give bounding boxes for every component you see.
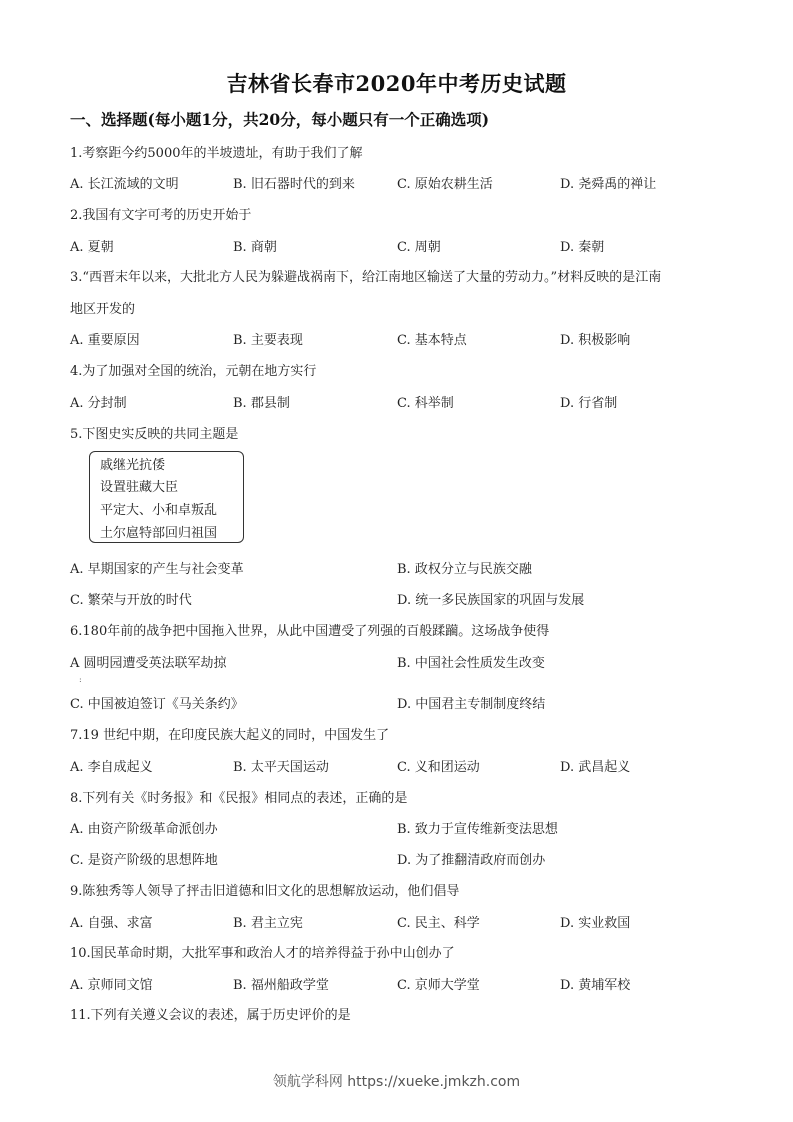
q5-option-d: D. 统一多民族国家的巩固与发展 xyxy=(397,589,584,608)
q8-option-a: A. 由资产阶级革命派创办 xyxy=(70,818,218,837)
q7-option-b: B. 太平天国运动 xyxy=(233,756,329,775)
q10-option-d: D. 黄埔军校 xyxy=(560,974,630,993)
question-11-stem: 11.下列有关遵义会议的表述，属于历史评价的是 xyxy=(70,1004,351,1023)
box-line-1: 戚继光抗倭 xyxy=(100,454,165,473)
q5-option-a: A. 早期国家的产生与社会变革 xyxy=(70,558,244,577)
question-9-stem: 9.陈独秀等人领导了抨击旧道德和旧文化的思想解放运动，他们倡导 xyxy=(70,880,459,899)
q7-option-d: D. 武昌起义 xyxy=(560,756,630,775)
q10-option-b: B. 福州船政学堂 xyxy=(233,974,329,993)
q4-option-d: D. 行省制 xyxy=(560,392,617,411)
box-line-3: 平定大、小和卓叛乱 xyxy=(100,499,217,518)
q4-option-a: A. 分封制 xyxy=(70,392,127,411)
page-title: 吉林省长春市2020年中考历史试题 xyxy=(0,68,793,98)
q9-option-c: C. 民主、科学 xyxy=(397,912,480,931)
question-6-stem: 6.180年前的战争把中国拖入世界，从此中国遭受了列强的百般蹂躏。这场战争使得 xyxy=(70,620,549,639)
q9-option-d: D. 实业救国 xyxy=(560,912,630,931)
q8-option-b: B. 致力于宣传维新变法思想 xyxy=(397,818,558,837)
q9-option-a: A. 自强、求富 xyxy=(70,912,153,931)
q10-option-c: C. 京师大学堂 xyxy=(397,974,480,993)
q4-option-b: B. 郡县制 xyxy=(233,392,290,411)
question-7-stem: 7.19 世纪中期，在印度民族大起义的同时，中国发生了 xyxy=(70,724,389,743)
q6-option-d: D. 中国君主专制制度终结 xyxy=(397,693,545,712)
q3-option-b: B. 主要表现 xyxy=(233,329,303,348)
q3-option-d: D. 积极影响 xyxy=(560,329,630,348)
footer-watermark: 领航学科网 https://xueke.jmkzh.com xyxy=(0,1071,793,1091)
question-10-stem: 10.国民革命时期，大批军事和政治人才的培养得益于孙中山创办了 xyxy=(70,942,455,961)
q4-option-c: C. 科举制 xyxy=(397,392,454,411)
question-1-stem: 1.考察距今约5000年的半坡遗址，有助于我们了解 xyxy=(70,142,363,161)
question-2-stem: 2.我国有文字可考的历史开始于 xyxy=(70,204,251,223)
q2-option-c: C. 周朝 xyxy=(397,236,441,255)
q3-option-c: C. 基本特点 xyxy=(397,329,467,348)
q5-option-c: C. 繁荣与开放的时代 xyxy=(70,589,192,608)
q6-option-b: B. 中国社会性质发生改变 xyxy=(397,652,545,671)
history-facts-box: 戚继光抗倭 设置驻藏大臣 平定大、小和卓叛乱 土尔扈特部回归祖国 xyxy=(89,451,244,543)
q2-option-a: A. 夏朝 xyxy=(70,236,114,255)
question-8-stem: 8.下列有关《时务报》和《民报》相同点的表述，正确的是 xyxy=(70,787,407,806)
exam-page: 吉林省长春市2020年中考历史试题 一、选择题(每小题1分，共20分，每小题只有… xyxy=(0,0,793,1122)
section-heading: 一、选择题(每小题1分，共20分，每小题只有一个正确选项) xyxy=(70,108,489,130)
q8-option-d: D. 为了推翻清政府而创办 xyxy=(397,849,545,868)
question-4-stem: 4.为了加强对全国的统治，元朝在地方实行 xyxy=(70,360,316,379)
q1-option-b: B. 旧石器时代的到来 xyxy=(233,173,355,192)
box-line-2: 设置驻藏大臣 xyxy=(100,476,178,495)
question-3-stem-cont: 地区开发的 xyxy=(70,298,135,317)
q1-option-c: C. 原始农耕生活 xyxy=(397,173,493,192)
q2-option-d: D. 秦朝 xyxy=(560,236,604,255)
q8-option-c: C. 是资产阶级的思想阵地 xyxy=(70,849,218,868)
q1-option-a: A. 长江流域的文明 xyxy=(70,173,179,192)
question-3-stem: 3.“西晋末年以来，大批北方人民为躲避战祸南下，给江南地区输送了大量的劳动力。”… xyxy=(70,266,661,285)
question-5-stem: 5.下图史实反映的共同主题是 xyxy=(70,423,238,442)
stray-mark: : xyxy=(79,675,82,684)
q6-option-c: C. 中国被迫签订《马关条约》 xyxy=(70,693,244,712)
q7-option-a: A. 李自成起义 xyxy=(70,756,153,775)
q1-option-d: D. 尧舜禹的禅让 xyxy=(560,173,656,192)
box-line-4: 土尔扈特部回归祖国 xyxy=(100,522,217,541)
q3-option-a: A. 重要原因 xyxy=(70,329,140,348)
q7-option-c: C. 义和团运动 xyxy=(397,756,480,775)
q10-option-a: A. 京师同文馆 xyxy=(70,974,153,993)
q9-option-b: B. 君主立宪 xyxy=(233,912,303,931)
q6-option-a: A 圆明园遭受英法联军劫掠 xyxy=(70,652,227,671)
q5-option-b: B. 政权分立与民族交融 xyxy=(397,558,532,577)
q2-option-b: B. 商朝 xyxy=(233,236,277,255)
